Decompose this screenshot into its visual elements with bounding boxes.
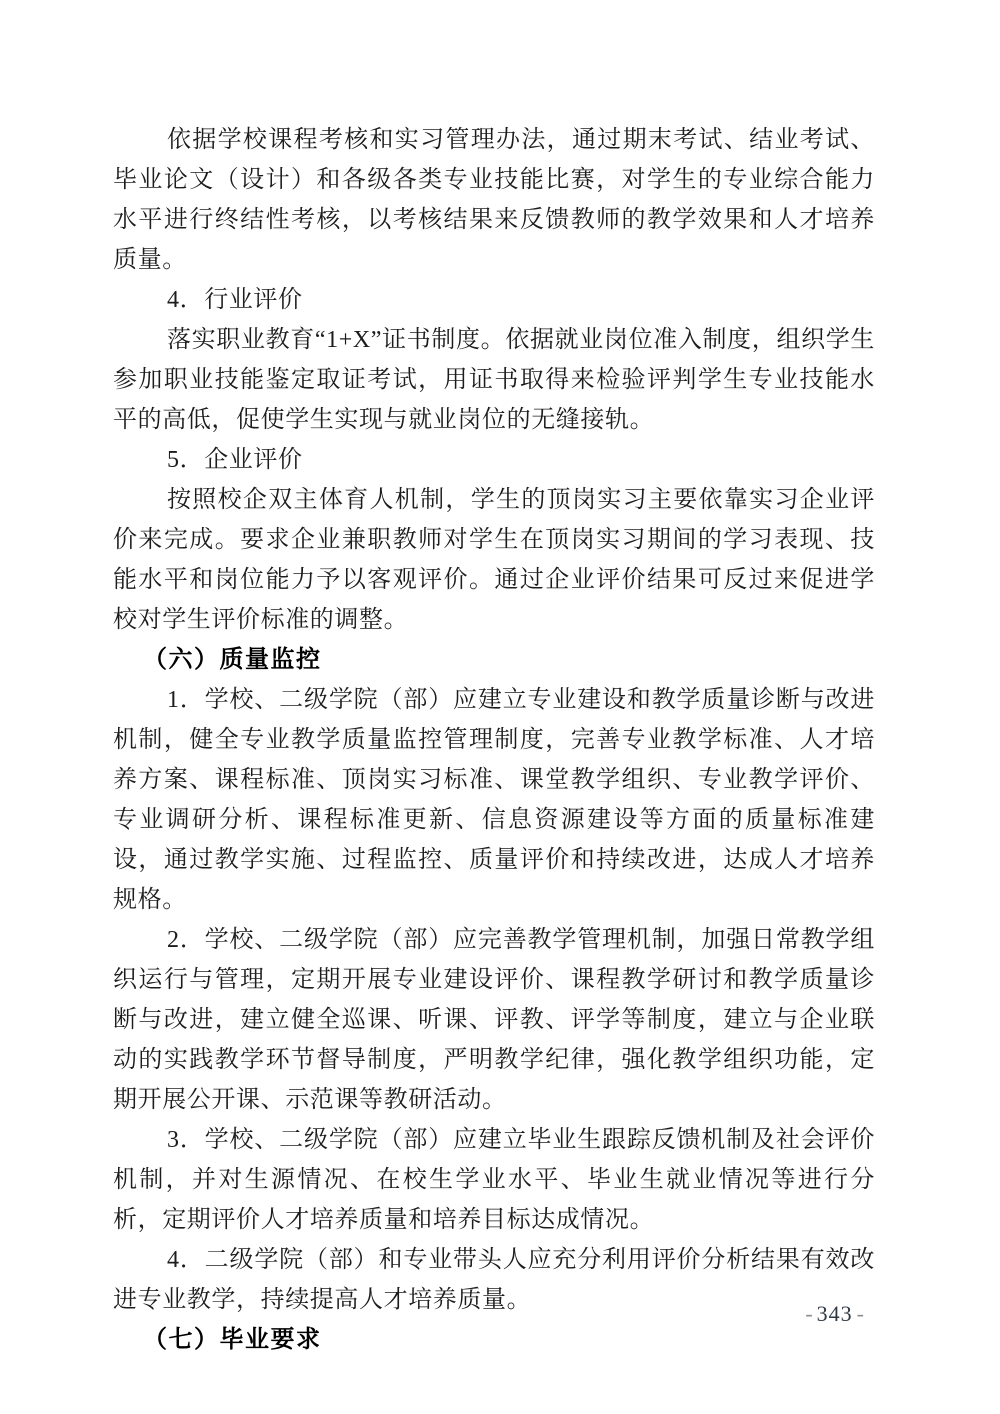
para-industry-evaluation: 落实职业教育“1+X”证书制度。依据就业岗位准入制度，组织学生参加职业技能鉴定取… — [113, 320, 875, 440]
para-quality-monitoring-1: 1．学校、二级学院（部）应建立专业建设和教学质量诊断与改进机制，健全专业教学质量… — [113, 680, 875, 920]
document-page: 依据学校课程考核和实习管理办法，通过期末考试、结业考试、毕业论文（设计）和各级各… — [0, 0, 1000, 1414]
para-quality-monitoring-3: 3．学校、二级学院（部）应建立毕业生跟踪反馈机制及社会评价机制，并对生源情况、在… — [113, 1120, 875, 1240]
heading-industry-evaluation: 4．行业评价 — [113, 280, 875, 320]
para-summative-assessment: 依据学校课程考核和实习管理办法，通过期末考试、结业考试、毕业论文（设计）和各级各… — [113, 120, 875, 280]
page-footer: -343- — [0, 1301, 868, 1327]
para-quality-monitoring-2: 2．学校、二级学院（部）应完善教学管理机制，加强日常教学组织运行与管理，定期开展… — [113, 920, 875, 1120]
page-number: 343 — [817, 1301, 853, 1326]
para-enterprise-evaluation: 按照校企双主体育人机制，学生的顶岗实习主要依靠实习企业评价来完成。要求企业兼职教… — [113, 480, 875, 640]
heading-section-six-quality-monitoring: （六）质量监控 — [113, 640, 875, 680]
heading-enterprise-evaluation: 5．企业评价 — [113, 440, 875, 480]
footer-dash-left: - — [801, 1301, 816, 1326]
footer-dash-right: - — [853, 1301, 868, 1326]
page-content: 依据学校课程考核和实习管理办法，通过期末考试、结业考试、毕业论文（设计）和各级各… — [113, 120, 875, 1360]
